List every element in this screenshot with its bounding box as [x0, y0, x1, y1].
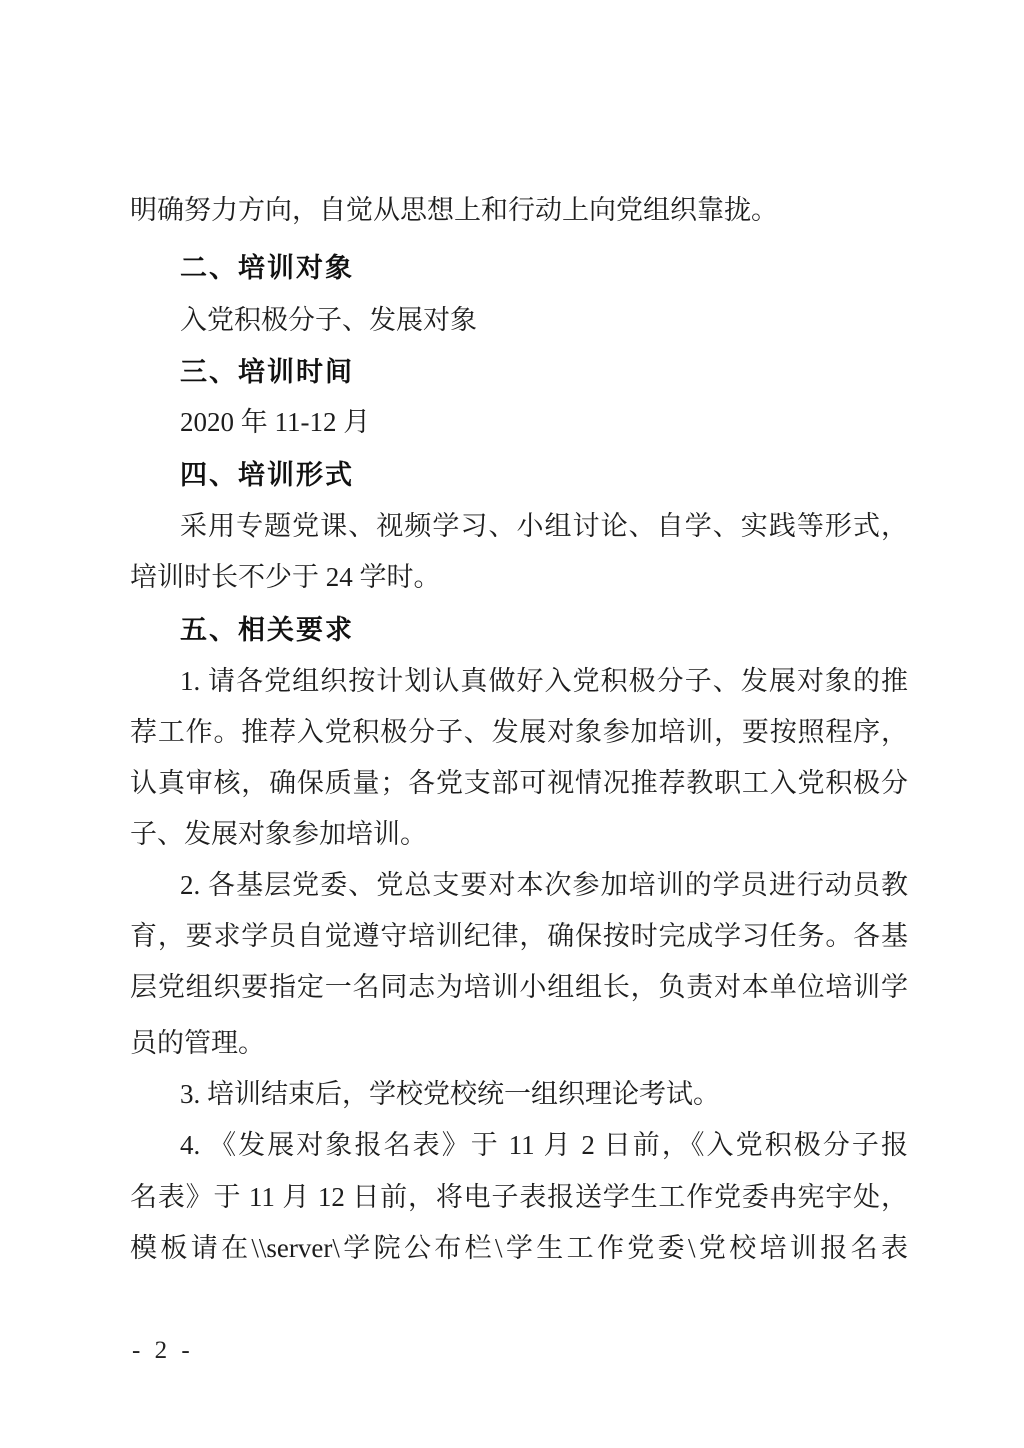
text-line: 入党积极分子、发展对象: [130, 302, 908, 338]
text-line: 层党组织要指定一名同志为培训小组组长，负责对本单位培训学: [130, 969, 908, 1005]
text-line: 1. 请各党组织按计划认真做好入党积极分子、发展对象的推: [130, 663, 908, 699]
text-line: 员的管理。: [130, 1025, 908, 1061]
section-heading: 四、培训形式: [130, 457, 908, 493]
text-line: 2. 各基层党委、党总支要对本次参加培训的学员进行动员教: [130, 867, 908, 903]
text-line: 培训时长不少于 24 学时。: [130, 559, 908, 595]
section-heading: 三、培训时间: [130, 354, 908, 390]
text-line: 名表》于 11 月 12 日前，将电子表报送学生工作党委冉宪宇处，: [130, 1179, 908, 1215]
page-number: - 2 -: [132, 1337, 194, 1365]
text-line: 模板请在\\server\学院公布栏\学生工作党委\党校培训报名表: [130, 1230, 908, 1266]
text-line: 认真审核，确保质量；各党支部可视情况推荐教职工入党积极分: [130, 765, 908, 801]
text-line: 3. 培训结束后，学校党校统一组织理论考试。: [130, 1076, 908, 1112]
text-line: 子、发展对象参加培训。: [130, 816, 908, 852]
section-heading: 二、培训对象: [130, 250, 908, 286]
document-page: 明确努力方向，自觉从思想上和行动上向党组织靠拢。二、培训对象入党积极分子、发展对…: [0, 0, 1024, 1448]
section-heading: 五、相关要求: [130, 612, 908, 648]
text-line: 育，要求学员自觉遵守培训纪律，确保按时完成学习任务。各基: [130, 918, 908, 954]
text-line: 采用专题党课、视频学习、小组讨论、自学、实践等形式，: [130, 508, 908, 544]
text-line: 荐工作。推荐入党积极分子、发展对象参加培训，要按照程序，: [130, 714, 908, 750]
text-line: 4. 《发展对象报名表》于 11 月 2 日前，《入党积极分子报: [130, 1127, 908, 1163]
text-line: 明确努力方向，自觉从思想上和行动上向党组织靠拢。: [130, 192, 908, 228]
text-line: 2020 年 11-12 月: [130, 404, 908, 440]
